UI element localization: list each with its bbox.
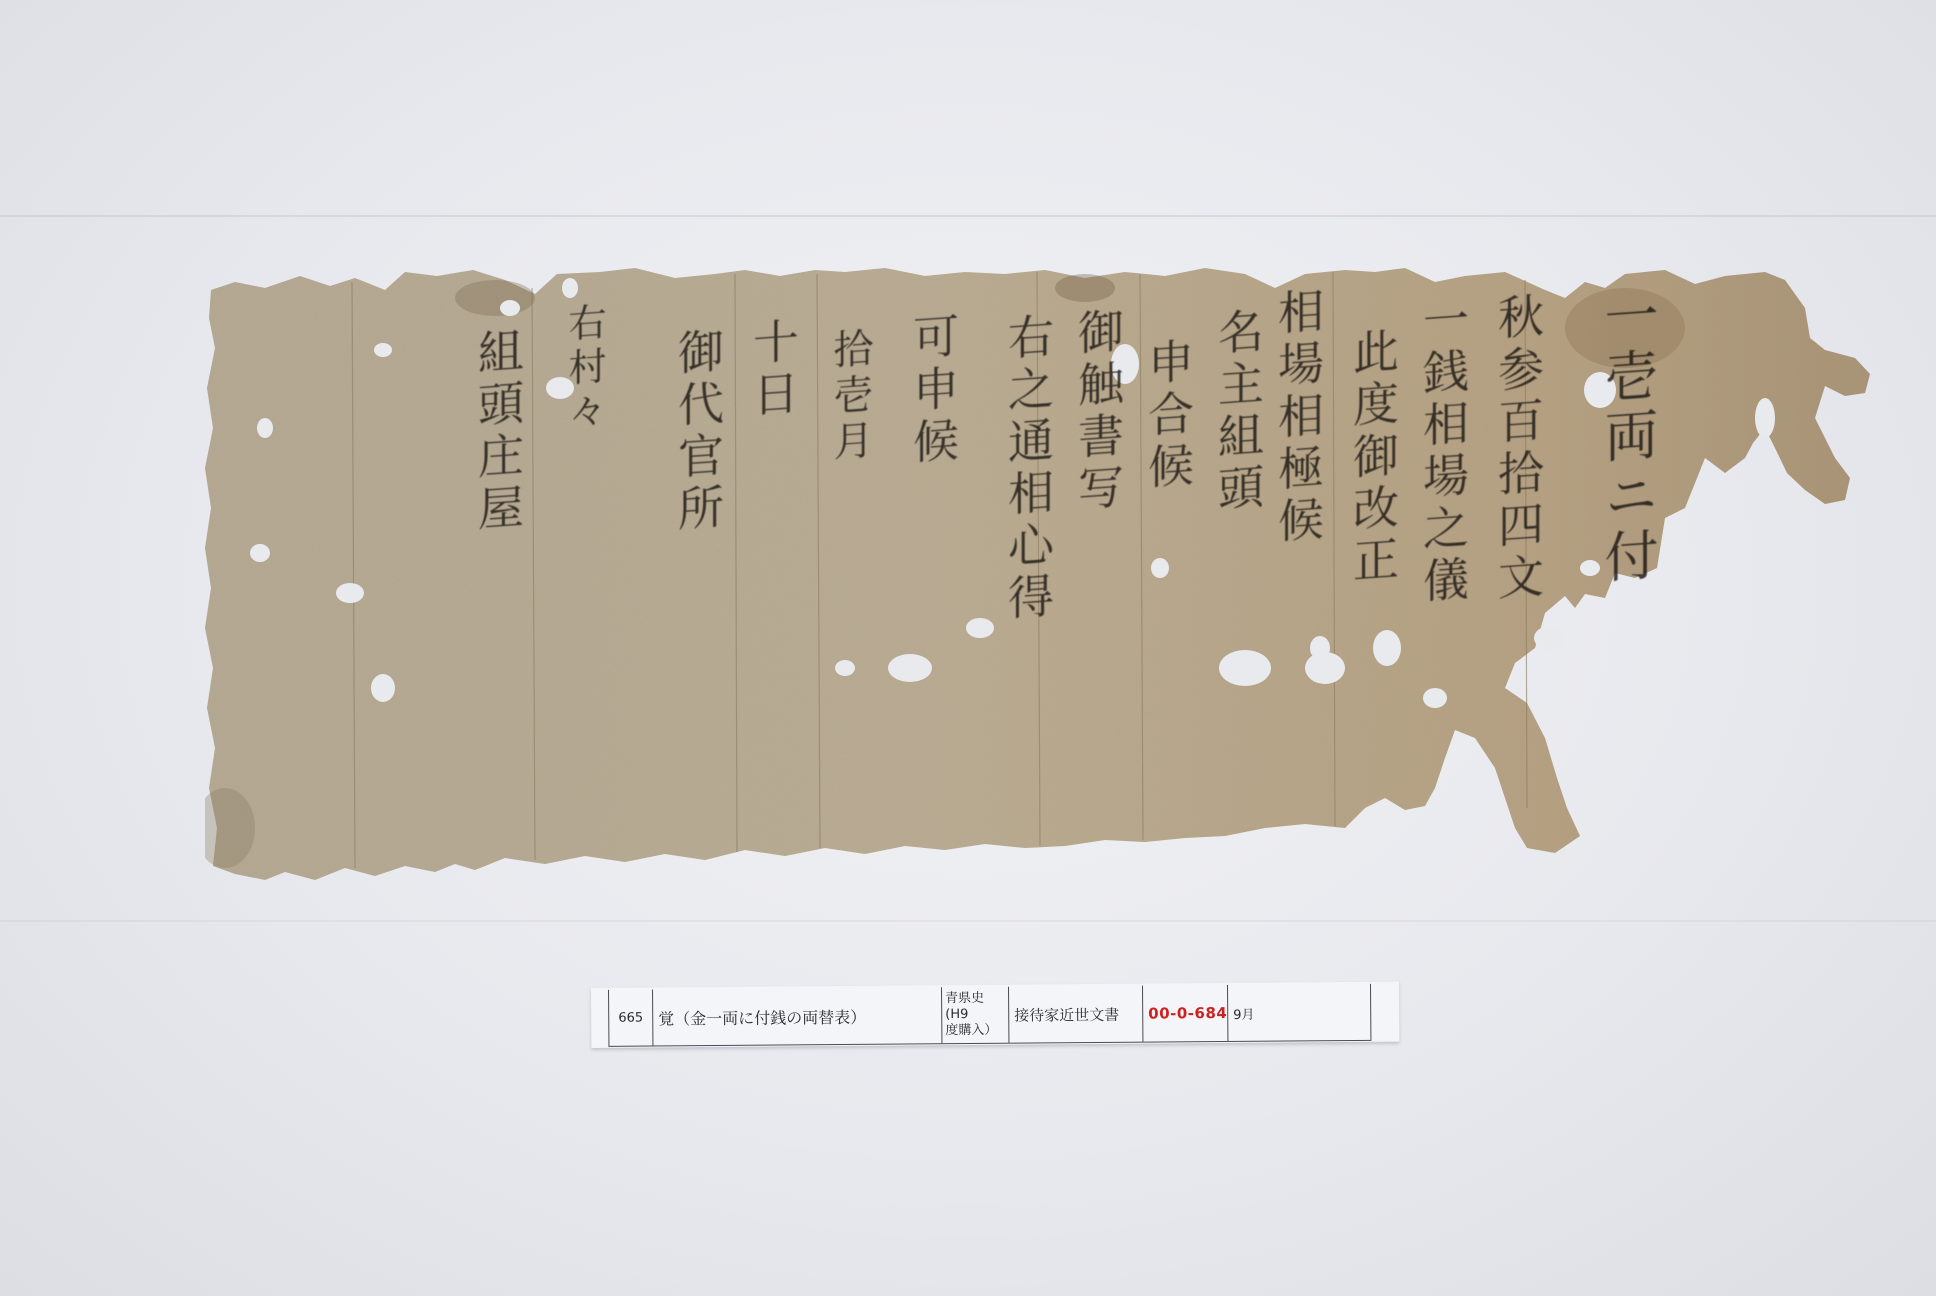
document-code: 00-0-684 xyxy=(1143,985,1228,1042)
manuscript-text-column: 可申候 xyxy=(910,311,956,470)
manuscript-text-column: 組頭庄屋 xyxy=(475,326,521,537)
collection-name: 接待家近世文書 xyxy=(1009,986,1143,1043)
document-title: 覚（金一両に付銭の両替表） xyxy=(653,987,942,1045)
document-date: 9月 xyxy=(1228,984,1371,1041)
manuscript-text-column: 一壱両ニ付 xyxy=(1600,286,1654,590)
backdrop-fold-line xyxy=(0,920,1936,922)
manuscript-text-column: 名主組頭 xyxy=(1215,306,1261,517)
manuscript-text-column: 此度御改正 xyxy=(1350,326,1396,589)
manuscript-text-column: 相場相極候 xyxy=(1275,286,1321,549)
source-cell: 青県史(H9 度購入） xyxy=(942,987,1009,1044)
manuscript-text-column: 秋参百拾四文 xyxy=(1495,291,1541,606)
catalog-label-table: 665 覚（金一両に付銭の両替表） 青県史(H9 度購入） 接待家近世文書 00… xyxy=(608,984,1371,1047)
manuscript-document: 一壱両ニ付 秋参百拾四文 一銭相場之儀 此度御改正 相場相極候 名主組頭 申合候… xyxy=(205,268,1875,880)
manuscript-text-column: 一銭相場之儀 xyxy=(1420,294,1466,609)
catalog-label: 665 覚（金一両に付銭の両替表） 青県史(H9 度購入） 接待家近世文書 00… xyxy=(591,982,1399,1048)
manuscript-text-column: 右村々 xyxy=(565,302,603,437)
manuscript-text-column: 御代官所 xyxy=(675,326,721,537)
source-line-2: 度購入） xyxy=(945,1023,1005,1039)
source-line-1: 青県史(H9 xyxy=(945,991,1005,1023)
manuscript-text-column: 十日 xyxy=(750,316,796,423)
manuscript-text-column: 御触書写 xyxy=(1075,306,1121,517)
backdrop-fold-line xyxy=(0,215,1936,217)
catalog-number: 665 xyxy=(609,990,653,1046)
manuscript-text-column: 拾壱月 xyxy=(830,327,870,468)
manuscript-text-column: 右之通相心得 xyxy=(1005,311,1051,626)
manuscript-text-column: 申合候 xyxy=(1145,336,1191,495)
